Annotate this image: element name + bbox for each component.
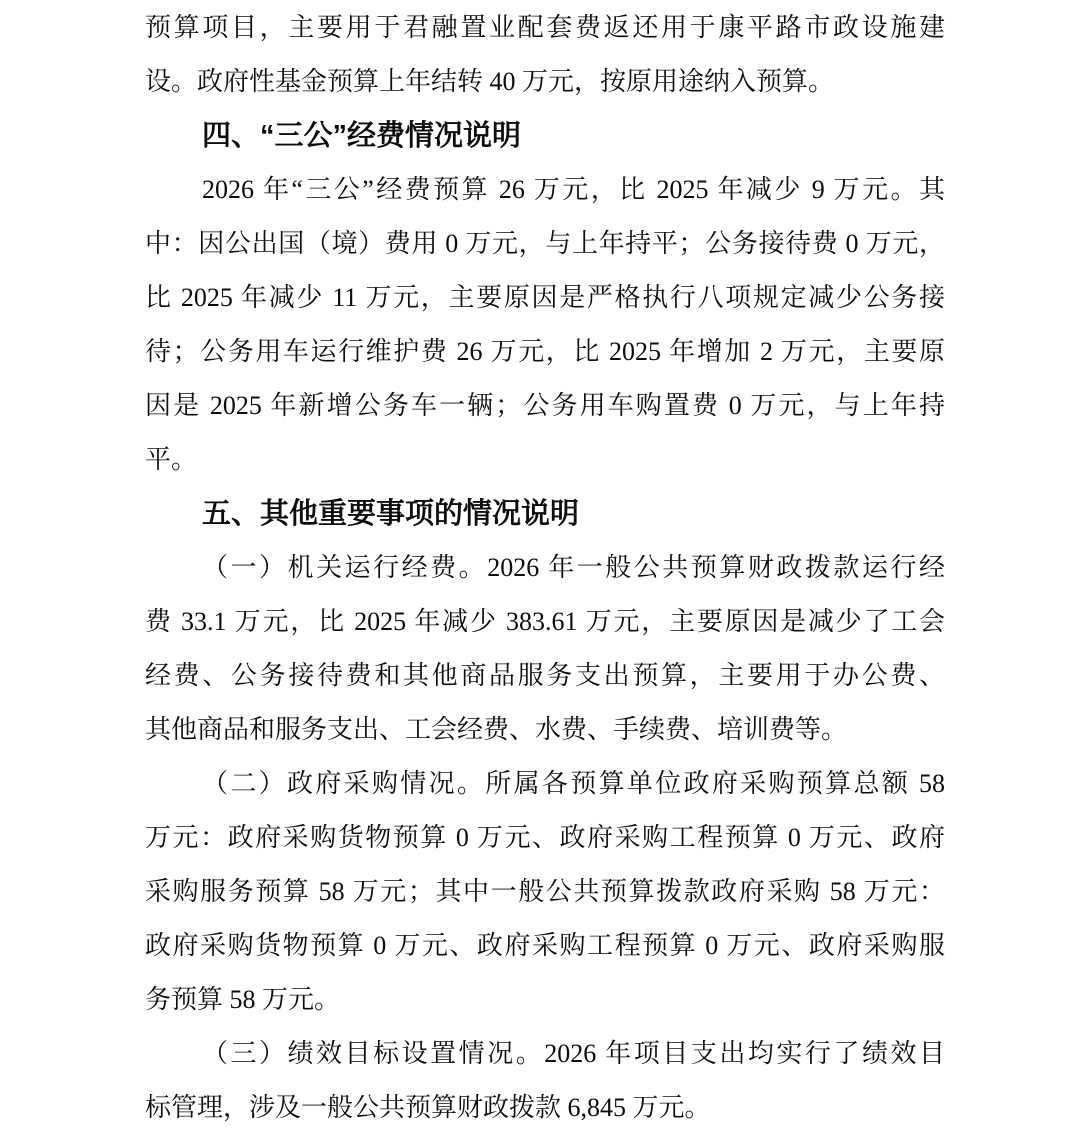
paragraph-line: 费 33.1 万元，比 2025 年减少 383.61 万元，主要原因是减少了工…: [145, 595, 945, 649]
paragraph-line: 待；公务用车运行维护费 26 万元，比 2025 年增加 2 万元，主要原: [145, 325, 945, 379]
paragraph-line: 因是 2025 年新增公务车一辆；公务用车购置费 0 万元，与上年持: [145, 379, 945, 433]
paragraph: （三）绩效目标设置情况。2026 年项目支出均实行了绩效目 标管理，涉及一般公共…: [145, 1027, 945, 1135]
paragraph-line: 采购服务预算 58 万元；其中一般公共预算拨款政府采购 58 万元：: [145, 865, 945, 919]
paragraph: （一）机关运行经费。2026 年一般公共预算财政拨款运行经 费 33.1 万元，…: [145, 541, 945, 757]
paragraph-line: （一）机关运行经费。2026 年一般公共预算财政拨款运行经: [145, 541, 945, 595]
paragraph: 预算项目，主要用于君融置业配套费返还用于康平路市政设施建 设。政府性基金预算上年…: [145, 1, 945, 109]
paragraph-line: 2026 年“三公”经费预算 26 万元，比 2025 年减少 9 万元。其: [145, 163, 945, 217]
paragraph-line: 标管理，涉及一般公共预算财政拨款 6,845 万元。: [145, 1081, 945, 1135]
section-heading-line: 五、其他重要事项的情况说明: [145, 487, 945, 541]
paragraph-line: 其他商品和服务支出、工会经费、水费、手续费、培训费等。: [145, 703, 945, 757]
paragraph-line: 务预算 58 万元。: [145, 973, 945, 1027]
paragraph-line: 政府采购货物预算 0 万元、政府采购工程预算 0 万元、政府采购服: [145, 919, 945, 973]
section-heading-5: 五、其他重要事项的情况说明: [145, 487, 945, 541]
document-text-block: 预算项目，主要用于君融置业配套费返还用于康平路市政设施建 设。政府性基金预算上年…: [145, 1, 945, 1135]
paragraph-line: 万元：政府采购货物预算 0 万元、政府采购工程预算 0 万元、政府: [145, 811, 945, 865]
paragraph-line: 经费、公务接待费和其他商品服务支出预算，主要用于办公费、: [145, 649, 945, 703]
paragraph-line: 比 2025 年减少 11 万元，主要原因是严格执行八项规定减少公务接: [145, 271, 945, 325]
document-page: { "page": { "background_color": "#ffffff…: [0, 0, 1074, 1136]
section-heading-line: 四、“三公”经费情况说明: [145, 109, 945, 163]
paragraph-line: （二）政府采购情况。所属各预算单位政府采购预算总额 58: [145, 757, 945, 811]
paragraph-line: （三）绩效目标设置情况。2026 年项目支出均实行了绩效目: [145, 1027, 945, 1081]
paragraph: 2026 年“三公”经费预算 26 万元，比 2025 年减少 9 万元。其 中…: [145, 163, 945, 487]
paragraph-line: 预算项目，主要用于君融置业配套费返还用于康平路市政设施建: [145, 1, 945, 55]
paragraph-line: 设。政府性基金预算上年结转 40 万元，按原用途纳入预算。: [145, 55, 945, 109]
paragraph-line: 平。: [145, 433, 945, 487]
section-heading-4: 四、“三公”经费情况说明: [145, 109, 945, 163]
paragraph-line: 中：因公出国（境）费用 0 万元，与上年持平；公务接待费 0 万元，: [145, 217, 945, 271]
paragraph: （二）政府采购情况。所属各预算单位政府采购预算总额 58 万元：政府采购货物预算…: [145, 757, 945, 1027]
